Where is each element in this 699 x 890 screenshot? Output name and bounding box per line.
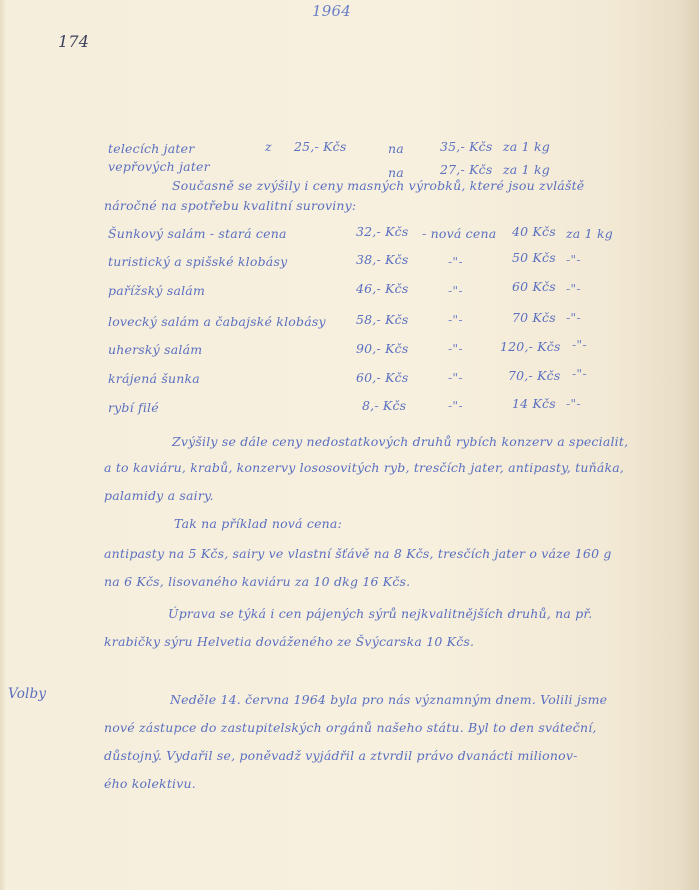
note: -"- bbox=[448, 314, 463, 327]
item-name: telecích jater bbox=[108, 143, 194, 156]
paragraph-2-line-2: a to kaviáru, krabů, konzervy lososovitý… bbox=[104, 462, 624, 475]
new-price: 50 Kčs bbox=[512, 252, 556, 265]
table-item: uherský salám bbox=[108, 344, 202, 357]
table-item: krájená šunka bbox=[108, 373, 200, 386]
note: -"- bbox=[448, 372, 463, 385]
paragraph-4-line-1: Úprava se týká i cen pájených sýrů nejkv… bbox=[168, 608, 592, 621]
new-price: 60 Kčs bbox=[512, 281, 556, 294]
unit: za 1 kg bbox=[503, 141, 550, 154]
table-item: rybí filé bbox=[108, 402, 159, 415]
paragraph-1-line-1: Současně se zvýšily i ceny masných výrob… bbox=[172, 180, 584, 193]
paragraph-3-line-1: Tak na příklad nová cena: bbox=[174, 518, 342, 531]
paragraph-5-line-4: ého kolektivu. bbox=[104, 778, 196, 791]
item-name: vepřových jater bbox=[108, 161, 210, 174]
old-price: 58,- Kčs bbox=[356, 314, 408, 327]
document-page: 1964 174 telecích jater z 25,- Kčs na 35… bbox=[0, 0, 699, 890]
page-number: 174 bbox=[58, 34, 89, 50]
margin-note-volby: Volby bbox=[8, 688, 46, 702]
unit: -"- bbox=[566, 254, 581, 267]
old-price: 32,- Kčs bbox=[356, 226, 408, 239]
note: -"- bbox=[448, 343, 463, 356]
paragraph-3-line-2: antipasty na 5 Kčs, sairy ve vlastní šťá… bbox=[104, 548, 612, 561]
new-price: 40 Kčs bbox=[512, 226, 556, 239]
unit: za 1 kg bbox=[566, 228, 613, 241]
new-price: 120,- Kčs bbox=[500, 341, 561, 354]
paragraph-5-line-3: důstojný. Vydařil se, poněvadž vyjádřil … bbox=[104, 750, 578, 763]
new-price: 70 Kčs bbox=[512, 312, 556, 325]
note: -"- bbox=[448, 256, 463, 269]
new-price: 35,- Kčs bbox=[440, 141, 492, 154]
paragraph-3-line-3: na 6 Kčs, lisovaného kaviáru za 10 dkg 1… bbox=[104, 576, 410, 589]
unit: -"- bbox=[566, 398, 581, 411]
table-item: Šunkový salám - stará cena bbox=[108, 228, 287, 241]
paragraph-2-line-3: palamidy a sairy. bbox=[104, 490, 214, 503]
paragraph-1-line-2: náročné na spotřebu kvalitní suroviny: bbox=[104, 200, 356, 213]
old-price: 60,- Kčs bbox=[356, 372, 408, 385]
new-price: 70,- Kčs bbox=[508, 370, 560, 383]
paragraph-5-line-2: nové zástupce do zastupitelských orgánů … bbox=[104, 722, 597, 735]
unit: -"- bbox=[572, 368, 587, 381]
conjunction: z bbox=[265, 141, 272, 154]
note: -"- bbox=[448, 400, 463, 413]
unit: -"- bbox=[572, 339, 587, 352]
paragraph-2-line-1: Zvýšily se dále ceny nedostatkových druh… bbox=[172, 436, 628, 449]
table-item: pařížský salám bbox=[108, 285, 205, 298]
new-price: 27,- Kčs bbox=[440, 164, 492, 177]
unit: -"- bbox=[566, 283, 581, 296]
table-item: lovecký salám a čabajské klobásy bbox=[108, 316, 326, 329]
table-item: turistický a spišské klobásy bbox=[108, 256, 287, 269]
old-price: 46,- Kčs bbox=[356, 283, 408, 296]
new-price: 14 Kčs bbox=[512, 398, 556, 411]
note: -"- bbox=[448, 285, 463, 298]
note: - nová cena bbox=[422, 228, 496, 241]
old-price: 38,- Kčs bbox=[356, 254, 408, 267]
old-price: 25,- Kčs bbox=[294, 141, 346, 154]
to-label: na bbox=[388, 143, 404, 156]
paragraph-4-line-2: krabičky sýru Helvetia dováženého ze Švý… bbox=[104, 636, 474, 649]
unit: -"- bbox=[566, 312, 581, 325]
old-price: 8,- Kčs bbox=[362, 400, 406, 413]
unit: za 1 kg bbox=[503, 164, 550, 177]
paragraph-5-line-1: Neděle 14. června 1964 byla pro nás význ… bbox=[170, 694, 607, 707]
old-price: 90,- Kčs bbox=[356, 343, 408, 356]
year-heading: 1964 bbox=[312, 4, 351, 19]
